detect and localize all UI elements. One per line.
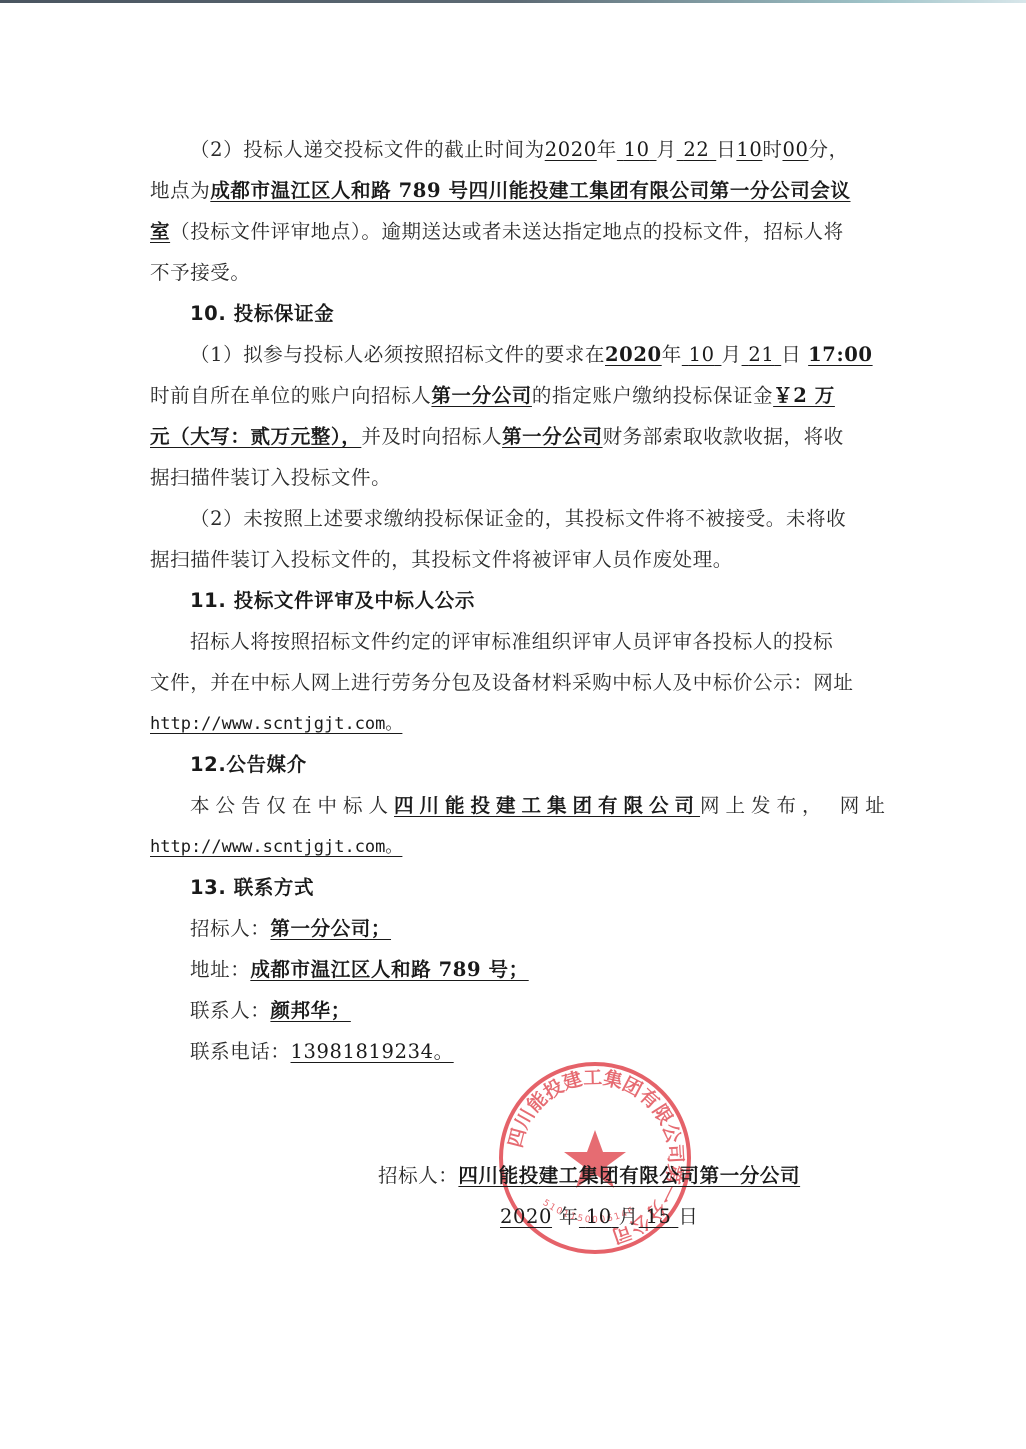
deadline-prefix: （2）投标人递交投标文件的截止时间为: [190, 138, 545, 161]
company-name: 四川能投建工集团有限公司: [394, 794, 700, 817]
phone-value: 13981819234。: [291, 1040, 454, 1063]
deposit-amount-line: 元（大写：贰万元整），并及时向招标人第一分公司财务部索取收款收据，将收: [150, 423, 844, 451]
deadline-line: （2）投标人递交投标文件的截止时间为2020年 10 月 22 日10时00分，: [190, 136, 849, 164]
deposit-text: 的指定账户缴纳投标保证金: [532, 384, 773, 407]
media-prefix: 本公告仅在中标人: [190, 794, 394, 817]
section-13-heading: 13. 联系方式: [190, 874, 314, 902]
deposit-prefix: （1）拟参与投标人必须按照招标文件的要求在: [190, 343, 605, 366]
review-text-line-2: 文件，并在中标人网上进行劳务分包及设备材料采购中标人及中标价公示：网址: [150, 669, 854, 697]
contact-address: 地址：成都市温江区人和路 789 号；: [190, 956, 529, 984]
unit: 时: [762, 138, 782, 161]
unit: 月: [657, 138, 677, 161]
location-value-end: 室: [150, 220, 170, 243]
deposit-year: 2020: [605, 343, 662, 366]
unit: 日: [781, 343, 801, 366]
unit: 日: [678, 1205, 698, 1228]
review-text-line-1: 招标人将按照招标文件约定的评审标准组织评审人员评审各投标人的投标: [190, 628, 833, 656]
deposit-rule-2-line-2: 据扫描件装订入投标文件的，其投标文件将被评审人员作废处理。: [150, 546, 733, 574]
location-prefix: 地点为: [150, 179, 210, 202]
deposit-receipt-text: 据扫描件装订入投标文件。: [150, 464, 391, 492]
unit: 月: [619, 1205, 639, 1228]
contact-label: 联系人：: [190, 999, 270, 1022]
address-value: 成都市温江区人和路 789 号；: [250, 958, 528, 981]
signature-company: 四川能投建工集团有限公司第一分公司: [458, 1164, 800, 1187]
contact-value: 颜邦华；: [270, 999, 350, 1022]
unit: 年: [597, 138, 617, 161]
sign-month: 10: [586, 1205, 612, 1228]
sign-year: 2020: [500, 1205, 552, 1228]
unit: 日: [716, 138, 736, 161]
website-link[interactable]: http://www.scntjgjt.com。: [150, 837, 402, 857]
section-11-heading: 11. 投标文件评审及中标人公示: [190, 587, 475, 615]
deposit-text: 时前自所在单位的账户向招标人: [150, 384, 431, 407]
website-link[interactable]: http://www.scntjgjt.com。: [150, 714, 402, 734]
branch-name: 第一分公司: [431, 384, 532, 407]
media-line: 本公告仅在中标人四川能投建工集团有限公司网上发布， 网址: [190, 792, 891, 820]
unit: 年: [662, 343, 682, 366]
signature-label: 招标人：: [378, 1164, 458, 1187]
phone-label: 联系电话：: [190, 1040, 291, 1063]
deadline-month: 10: [624, 138, 650, 161]
deposit-account-line: 时前自所在单位的账户向招标人第一分公司的指定账户缴纳投标保证金￥2 万: [150, 382, 835, 410]
location-value: 成都市温江区人和路 789 号四川能投建工集团有限公司第一分公司会议: [210, 179, 850, 202]
tenderer-label: 招标人：: [190, 917, 270, 940]
location-line-2: 室（投标文件评审地点）。逾期送达或者未送达指定地点的投标文件，招标人将: [150, 218, 844, 246]
rejection-text: 不予接受。: [150, 259, 251, 287]
deposit-day: 21: [748, 343, 774, 366]
deadline-minute: 00: [782, 138, 808, 161]
deposit-time: 17:00: [808, 343, 872, 366]
deposit-deadline-line: （1）拟参与投标人必须按照招标文件的要求在2020年 10 月 21 日 17:…: [190, 341, 873, 369]
branch-name: 第一分公司: [502, 425, 603, 448]
section-12-heading: 12.公告媒介: [190, 751, 307, 779]
deposit-text: 财务部索取收款收据，将收: [603, 425, 844, 448]
media-suffix: 网上发布， 网址: [700, 794, 891, 817]
scan-top-edge: [0, 0, 1026, 3]
deposit-text: 并及时向招标人: [361, 425, 502, 448]
deposit-amount-words: 元（大写：贰万元整），: [150, 425, 361, 448]
deadline-year: 2020: [545, 138, 597, 161]
deposit-month: 10: [689, 343, 715, 366]
location-line: 地点为成都市温江区人和路 789 号四川能投建工集团有限公司第一分公司会议: [150, 177, 851, 205]
deposit-amount: ￥2 万: [773, 384, 835, 407]
deposit-rule-2-line-1: （2）未按照上述要求缴纳投标保证金的，其投标文件将不被接受。未将收: [190, 505, 846, 533]
deadline-day: 22: [683, 138, 709, 161]
contact-person: 联系人：颜邦华；: [190, 997, 351, 1025]
contact-tenderer: 招标人：第一分公司；: [190, 915, 391, 943]
deadline-hour: 10: [736, 138, 762, 161]
tenderer-value: 第一分公司；: [270, 917, 391, 940]
sign-day: 15: [646, 1205, 672, 1228]
signature-line: 招标人：四川能投建工集团有限公司第一分公司: [378, 1162, 800, 1190]
unit: 分，: [809, 138, 849, 161]
address-label: 地址：: [190, 958, 250, 981]
contact-phone: 联系电话：13981819234。: [190, 1038, 454, 1066]
late-submission-text: （投标文件评审地点）。逾期送达或者未送达指定地点的投标文件，招标人将: [170, 220, 844, 243]
signature-date: 2020 年 10 月 15 日: [500, 1203, 698, 1231]
section-10-heading: 10. 投标保证金: [190, 300, 334, 328]
unit: 年: [559, 1205, 579, 1228]
unit: 月: [721, 343, 741, 366]
